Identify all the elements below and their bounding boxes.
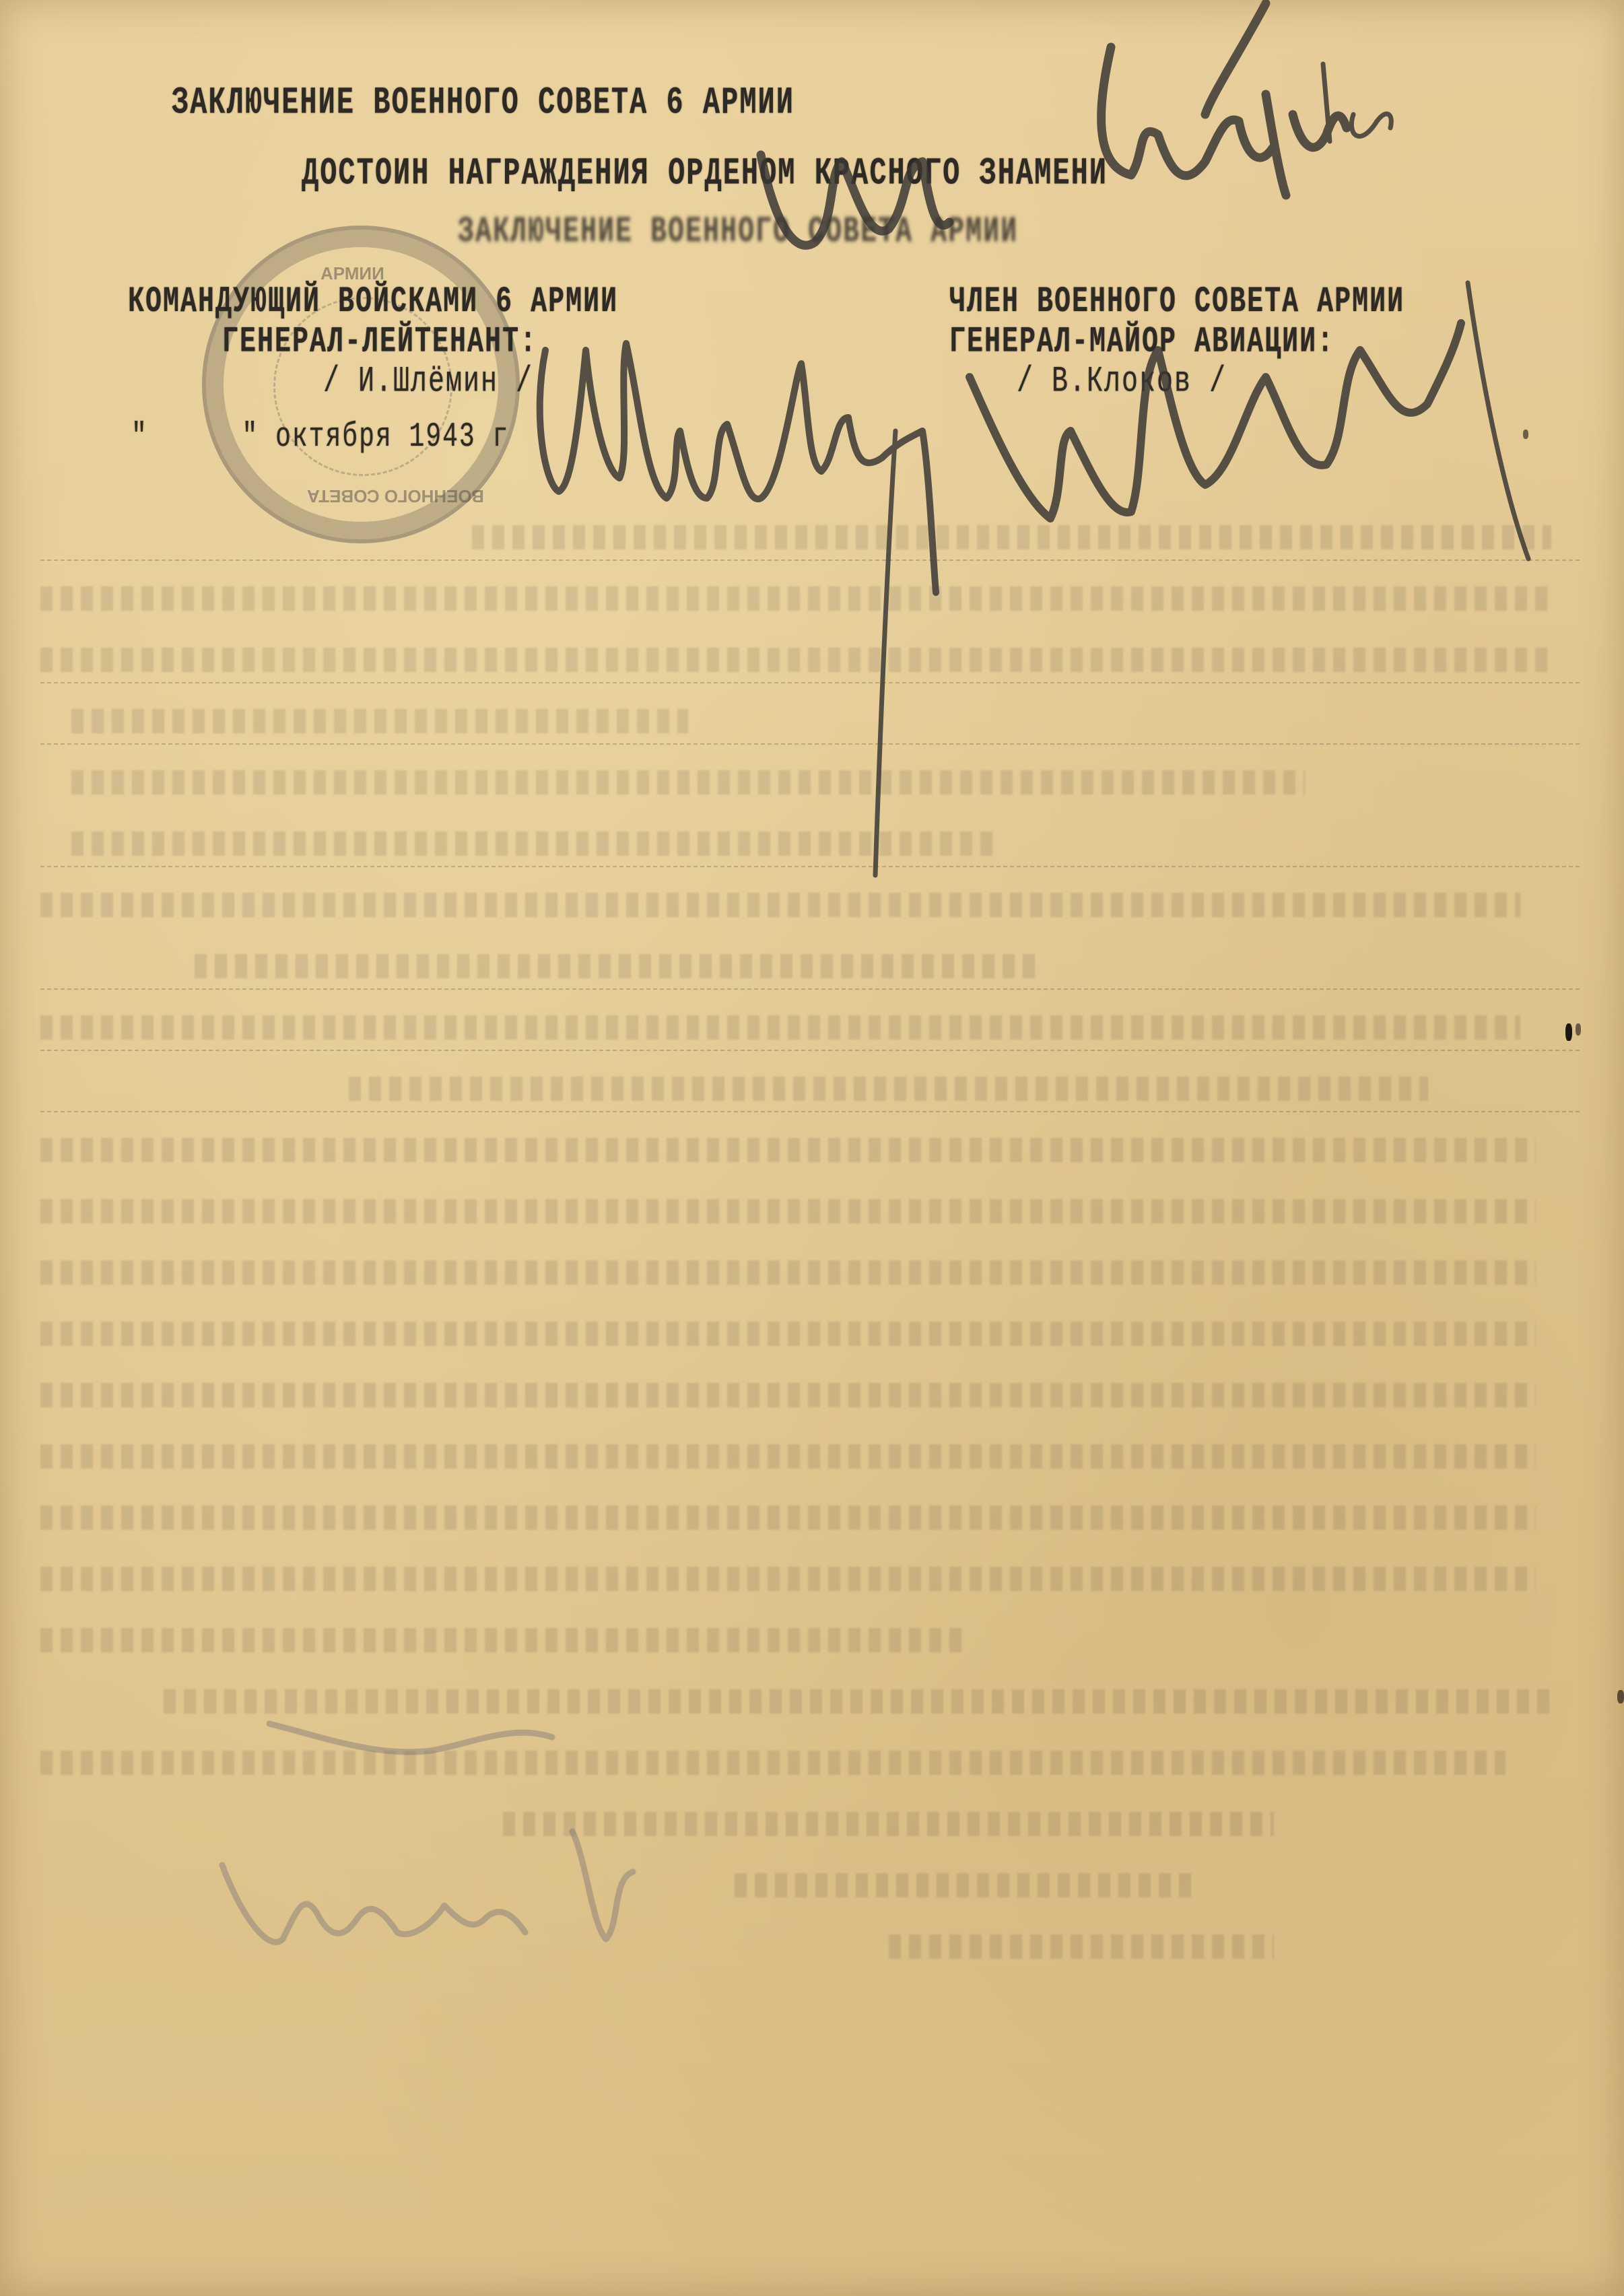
paper-hole-edge — [1617, 1690, 1624, 1703]
handwritten-annotation — [761, 3, 1391, 245]
paper-hole — [1565, 1023, 1572, 1041]
paper-speck — [1523, 430, 1528, 439]
pencil-marks — [0, 0, 1624, 2296]
shlemin-signature — [540, 343, 936, 875]
bleed-through-signatures — [222, 1724, 633, 1942]
klokov-signature — [970, 283, 1528, 559]
paper-tear — [1576, 1023, 1581, 1036]
